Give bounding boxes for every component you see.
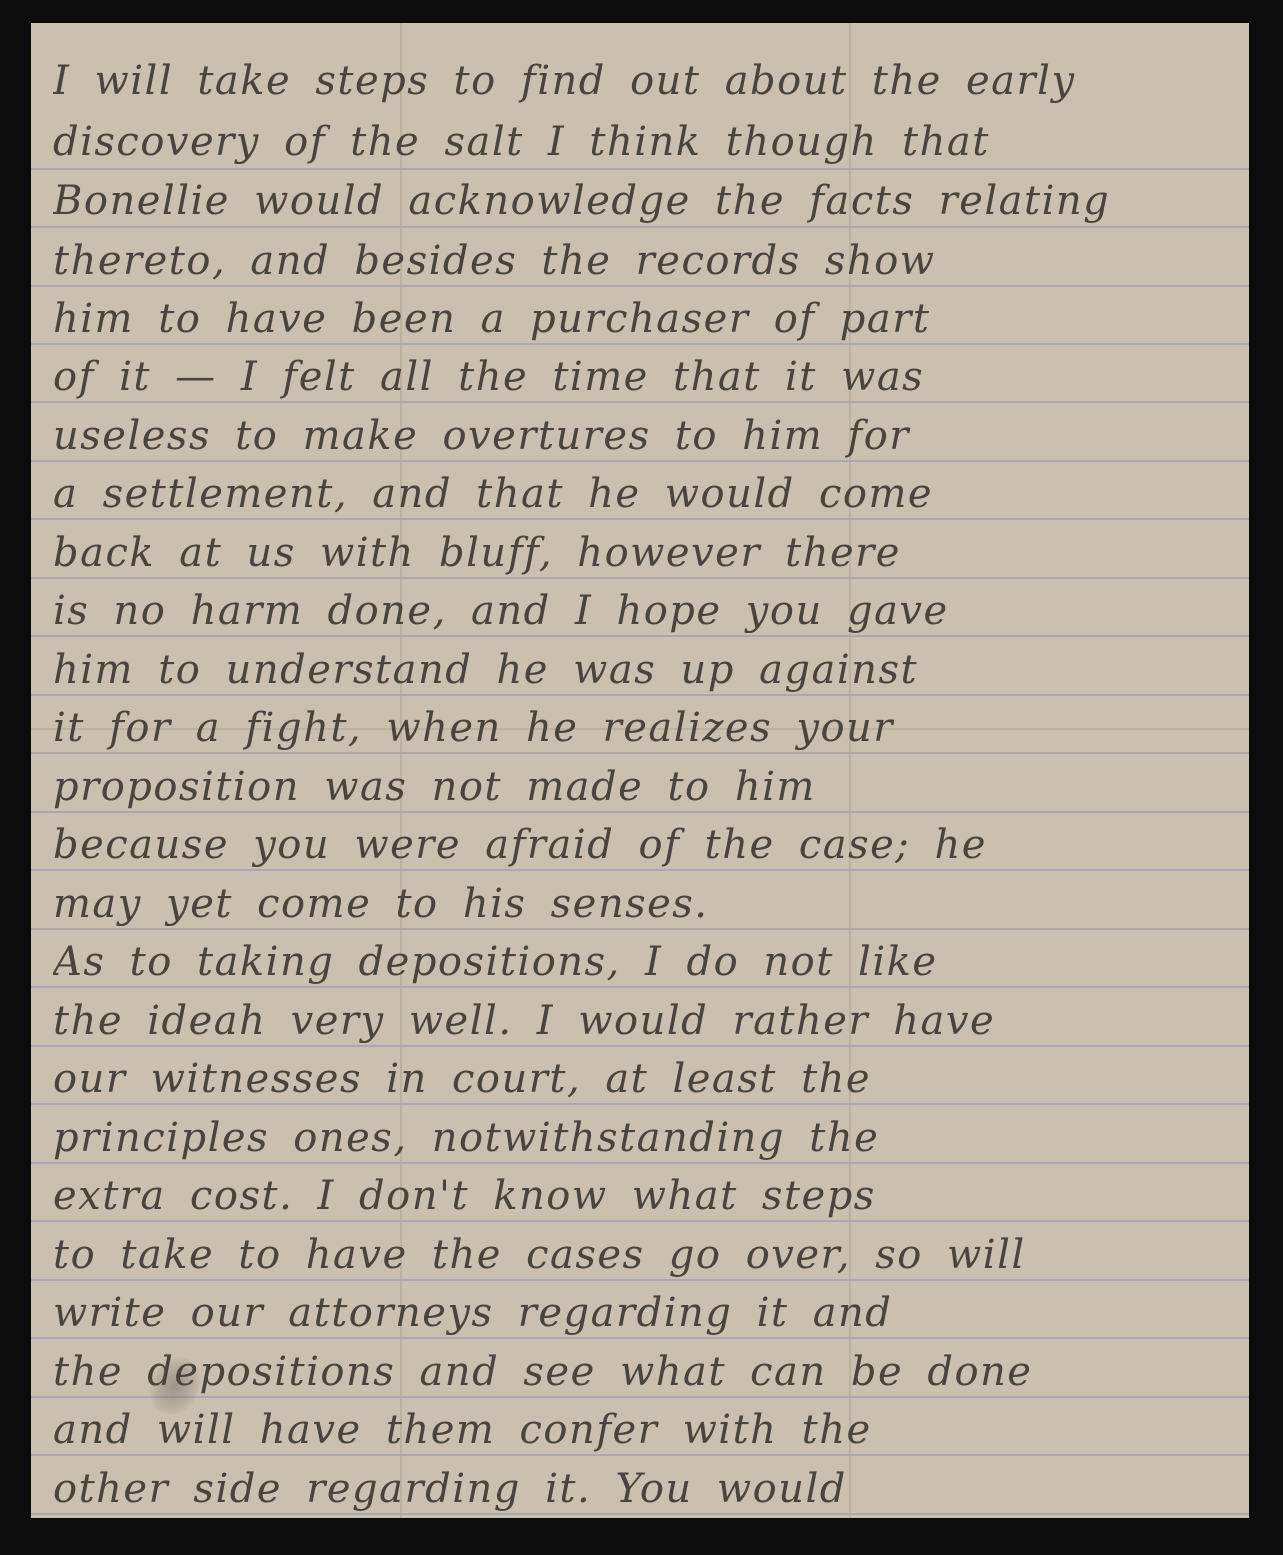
handwritten-line: him to understand he was up against xyxy=(53,642,1229,698)
handwritten-line: the depositions and see what can be done xyxy=(53,1344,1229,1400)
handwritten-line: As to taking depositions, I do not like xyxy=(53,934,1229,990)
letter-page: I will take steps to find out about the … xyxy=(31,23,1249,1518)
handwritten-line: back at us with bluff, however there xyxy=(53,525,1229,581)
handwritten-line: and will have them confer with the xyxy=(53,1402,1229,1458)
handwritten-line: extra cost. I don't know what steps xyxy=(53,1168,1229,1224)
handwritten-line: of it — I felt all the time that it was xyxy=(53,349,1229,405)
handwritten-line: our witnesses in court, at least the xyxy=(53,1051,1229,1107)
handwritten-line: principles ones, notwithstanding the xyxy=(53,1110,1229,1166)
handwritten-line: him to have been a purchaser of part xyxy=(53,291,1229,347)
handwritten-line: is no harm done, and I hope you gave xyxy=(53,583,1229,639)
handwritten-line: it for a fight, when he realizes your xyxy=(53,700,1229,756)
handwritten-line: write our attorneys regarding it and xyxy=(53,1285,1229,1341)
handwritten-line: because you were afraid of the case; he xyxy=(53,817,1229,873)
handwritten-line: thereto, and besides the records show xyxy=(53,233,1229,289)
handwritten-line: the ideah very well. I would rather have xyxy=(53,993,1229,1049)
handwritten-line: to take to have the cases go over, so wi… xyxy=(53,1227,1229,1283)
handwritten-line: proposition was not made to him xyxy=(53,759,1229,815)
handwritten-line: discovery of the salt I think though tha… xyxy=(53,114,1229,170)
handwritten-line: a settlement, and that he would come xyxy=(53,466,1229,522)
handwritten-line: useless to make overtures to him for xyxy=(53,408,1229,464)
handwritten-line: I will take steps to find out about the … xyxy=(53,53,1229,109)
handwritten-line: other side regarding it. You would xyxy=(53,1461,1229,1517)
handwritten-line: Bonellie would acknowledge the facts rel… xyxy=(53,173,1229,229)
handwritten-line: may yet come to his senses. xyxy=(53,876,1229,932)
